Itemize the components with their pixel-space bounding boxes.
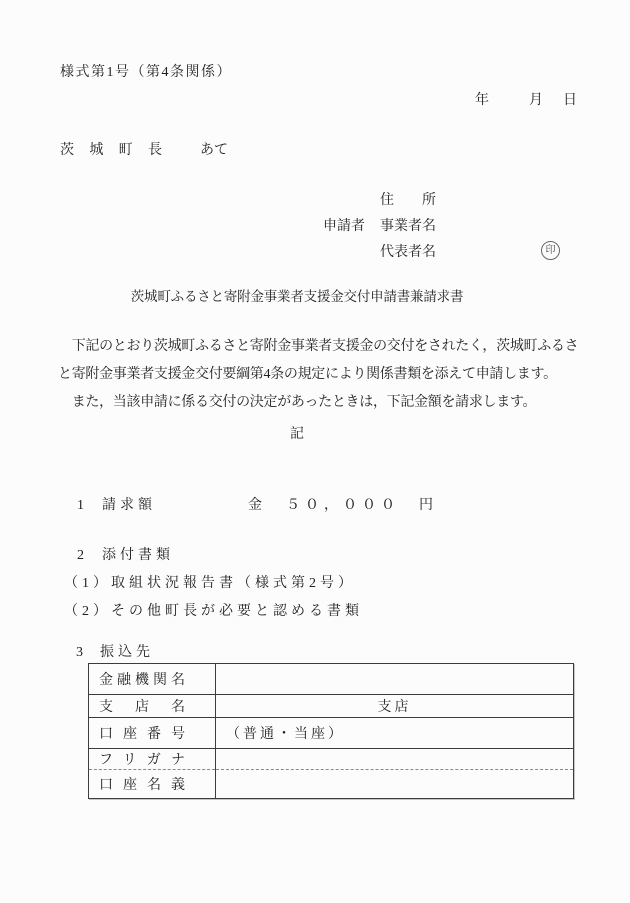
table-row: 支店名 支店 (89, 695, 574, 718)
row-value-cell: 支店 (216, 695, 574, 718)
row-label-cell: 口座番号 (89, 718, 216, 749)
transfer-item-label: 振込先 (100, 643, 154, 663)
row-label-cell: 口座名義 (89, 770, 216, 799)
table-row: 金融機関名 (89, 664, 574, 695)
row-value-cell (216, 770, 574, 799)
claim-item-number: 1 (77, 496, 84, 516)
date-month-label: 月 (529, 91, 543, 111)
seal-icon: 印 (541, 241, 560, 260)
applicant-representative-label: 代表者名 (380, 243, 436, 263)
table-row: 口座名義 (89, 770, 574, 799)
table-row: 口座番号 （普通・当座） (89, 718, 574, 749)
body-paragraph-line: 下記のとおり茨城町ふるさと寄附金事業者支援金の交付をされたく，茨城町ふるさ (58, 337, 578, 357)
document-page: 様式第1号（第4条関係） 年 月 日 茨城町長 あて 住 所 申請者 事業者名 … (0, 0, 630, 903)
row-label-cell: 金融機関名 (89, 664, 216, 695)
applicant-label: 申請者 (323, 217, 365, 237)
attachments-item-number: 2 (77, 546, 84, 566)
date-year-label: 年 (475, 91, 489, 111)
row-value-cell (216, 664, 574, 695)
section-marker-ki: 記 (0, 425, 594, 445)
transfer-item-number: 3 (76, 643, 83, 663)
table-row: フリガナ (89, 749, 574, 770)
applicant-address-label: 住 所 (380, 191, 436, 211)
attachment-list-item: （2）その他町長が必要と認める書類 (64, 602, 363, 622)
claim-amount: 金 ５０，０００ 円 (248, 496, 438, 516)
form-number-label: 様式第1号（第4条関係） (60, 63, 232, 83)
attachment-list-item: （1）取組状況報告書（様式第2号） (64, 574, 356, 594)
document-title: 茨城町ふるさと寄附金事業者支援金交付申請書兼請求書 (0, 287, 594, 307)
addressee-name: 茨城町長 (60, 141, 162, 161)
row-label-cell: 支店名 (89, 695, 216, 718)
attachments-item-label: 添付書類 (102, 546, 174, 566)
bank-table: 金融機関名 支店名 支店 口座番号 （普通・当座） フリガナ 口座名義 (88, 663, 574, 799)
body-paragraph-line: と寄附金事業者支援金交付要綱第4条の規定により関係書類を添えて申請します。 (58, 365, 557, 385)
row-value-cell: （普通・当座） (216, 718, 574, 749)
claim-item-label: 請求額 (102, 496, 156, 516)
addressee-suffix: あて (200, 141, 228, 161)
row-value-cell (216, 749, 574, 770)
body-paragraph-line: また，当該申請に係る交付の決定があったときは，下記金額を請求します。 (58, 393, 536, 413)
row-label-cell: フリガナ (89, 749, 216, 770)
date-day-label: 日 (563, 91, 577, 111)
applicant-business-name-label: 事業者名 (380, 217, 436, 237)
